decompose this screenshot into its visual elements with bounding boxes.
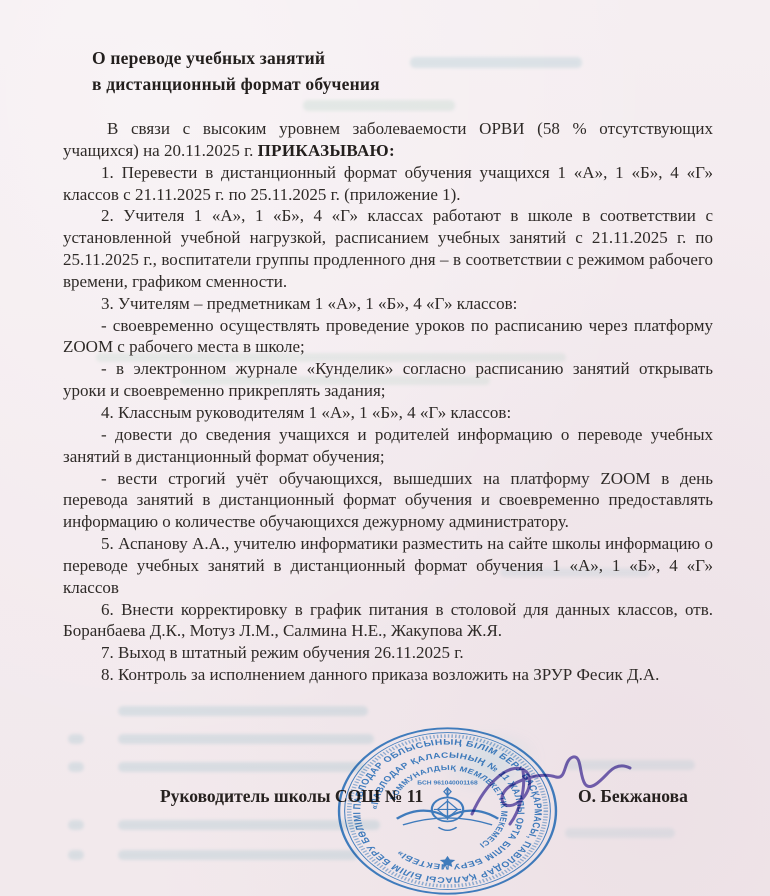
handwritten-signature <box>466 748 638 838</box>
order-item-7: 7. Выход в штатный режим обучения 26.11.… <box>63 642 713 664</box>
order-item-8: 8. Контроль за исполнением данного прика… <box>63 664 713 686</box>
document-title-line1: О переводе учебных занятий <box>92 48 325 68</box>
order-body: В связи с высоким уровнем заболеваемости… <box>63 118 713 686</box>
document-title-line2: в дистанционный формат обучения <box>92 74 380 94</box>
bleed-through-number <box>68 820 84 830</box>
order-item-6: 6. Внести корректировку в график питания… <box>63 599 713 643</box>
order-item-4b: - вести строгий учёт обучающихся, вышедш… <box>63 468 713 534</box>
bleed-through-number <box>68 734 84 744</box>
order-item-4a: - довести до сведения учащихся и родител… <box>63 424 713 468</box>
bleed-through-number <box>68 762 84 772</box>
scanned-order-page: О переводе учебных занятий в дистанционн… <box>0 0 770 896</box>
order-keyword: ПРИКАЗЫВАЮ: <box>258 141 395 160</box>
order-item-3b: - в электронном журнале «Кунделик» согла… <box>63 358 713 402</box>
bleed-through-number <box>68 850 84 860</box>
order-item-4: 4. Классным руководителям 1 «А», 1 «Б», … <box>63 402 713 424</box>
order-item-3: 3. Учителям – предметникам 1 «А», 1 «Б»,… <box>63 293 713 315</box>
bleed-through-line <box>118 706 368 716</box>
order-intro: В связи с высоким уровнем заболеваемости… <box>63 118 713 162</box>
bleed-through-line <box>303 100 455 111</box>
order-item-5: 5. Аспанову А.А., учителю информатики ра… <box>63 533 713 599</box>
bleed-through-line <box>118 762 366 772</box>
document-title: О переводе учебных занятий в дистанционн… <box>92 46 612 97</box>
order-item-1: 1. Перевести в дистанционный формат обуч… <box>63 162 713 206</box>
bleed-through-line <box>118 850 358 860</box>
order-item-2: 2. Учителя 1 «А», 1 «Б», 4 «Г» классах р… <box>63 205 713 292</box>
order-item-3a: - своевременно осуществлять проведение у… <box>63 315 713 359</box>
